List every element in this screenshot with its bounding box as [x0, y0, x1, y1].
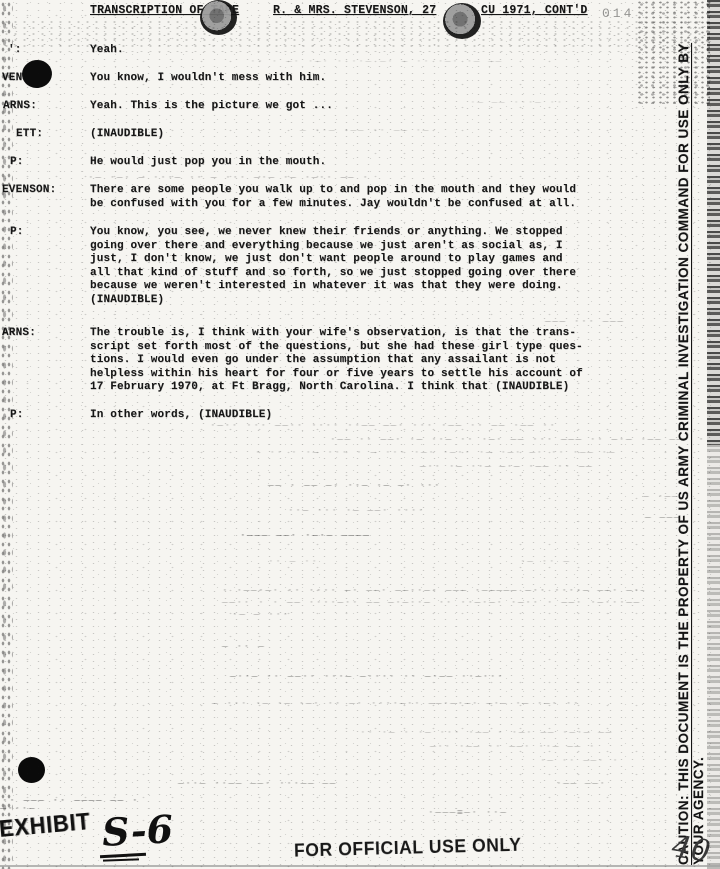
smudge-line: ·· · —· ·—· · ··– —· — ·· ·—· ·– —— [250, 57, 650, 66]
smudge-line: ·— – ··· [232, 610, 294, 619]
smudge-line: — ·· — [222, 642, 274, 651]
smudge-line: ·– —— ···– ·· [470, 98, 690, 107]
utterance-text: You know, I wouldn't mess with him. [90, 72, 596, 86]
smudge-line: ——·· · · —— ····—·· –– –·—··— ·· ··—·–· … [222, 598, 644, 607]
smudge-line: ·— ·–· — ···— ·· — ··· –·— ·– ·—·· —— · [88, 173, 578, 182]
header-title-right: CU 1971, CONT'D [481, 4, 588, 17]
page-mark: 014 [602, 6, 634, 21]
caution-sidebar-text: CAUTION: THIS DOCUMENT IS THE PROPERTY O… [676, 3, 706, 865]
header-title-mid: R. & MRS. STEVENSON, 27 [273, 4, 436, 17]
hole-punch-icon [200, 0, 237, 35]
speaker-label: EVENSON: [2, 184, 56, 196]
fouo-stamp: FOR OFFICIAL USE ONLY [294, 833, 522, 862]
speaker-label: P: [10, 226, 24, 238]
smudge-line: ·· ·— · ·– ··· ·—— · ·–· —— ·—·— —— [360, 728, 690, 737]
utterance-text: There are some people you walk up to and… [90, 184, 596, 211]
smudge-line: · ·· · ·— ··· · — ··· ·–· ·—·· ·– ·—· —·… [255, 448, 703, 457]
smudge-line: ·—·· ··· ——·· ···· ··—— ——· ··· ·—— ·· —… [210, 421, 660, 430]
scan-noise-left [0, 0, 13, 869]
bottom-rule [0, 865, 720, 867]
exhibit-number-underline [103, 858, 139, 861]
smudge-line: ·——— ——· ·—·— ———— [240, 531, 408, 540]
smudge-line: ——— ··· ——— [545, 317, 695, 326]
document-page: TRANSCRIPTION OF TAPE R. & MRS. STEVENSO… [0, 0, 720, 869]
smudge-line: ··– ··· ·– ——· ···· [288, 506, 450, 515]
smudge-line: —— · —— –· ··– ·— –· ··· [268, 481, 448, 490]
smudge-line: —·· ·– ··— –·– ·—— ·· —— [420, 462, 652, 471]
smudge-line: — ··– ·—— ·· —– ·— [300, 126, 640, 135]
speaker-label: P: [10, 156, 24, 168]
speaker-label: P: [10, 409, 24, 421]
speaker-label: ARNS: [3, 100, 37, 112]
scan-edge-band [707, 445, 720, 869]
smudge-line: —·· ·—— ·· ——· ··— —— · [430, 742, 692, 751]
smudge-line: ·–——≡—· ··— [428, 808, 550, 817]
utterance-text: You know, you see, we never knew their f… [90, 226, 596, 307]
smudge-line: · ·——·—· ·· ···· –· ——· ——··—· ——— ·––——… [222, 586, 644, 595]
exhibit-stamp: EXHIBIT [0, 808, 92, 844]
smudge-line: ·—— ·· ——· ·– ··— ·· ·–· —— ··· ——– ·· —… [330, 435, 702, 444]
hole-punch-icon [443, 3, 481, 39]
speaker-label: ARNS: [2, 327, 36, 339]
smudge-line: —··– ·· ——·· ···— –···· ·· –·—— ··—···— … [230, 672, 502, 681]
speaker-label: ': [8, 44, 22, 56]
smudge-line: —··— ··—— ——· ···—— —— [178, 779, 414, 788]
speaker-label: ETT: [16, 128, 43, 140]
ink-dot [18, 757, 45, 783]
utterance-text: He would just pop you in the mouth. [90, 156, 596, 170]
smudge-line: ·· — ·· [268, 557, 328, 566]
utterance-text: The trouble is, I think with your wife's… [90, 327, 596, 395]
ink-blob [20, 58, 54, 90]
smudge-line: ·—— ——· [556, 779, 652, 788]
smudge-line: ·– ·· — [520, 557, 605, 566]
exhibit-number: S-6 [101, 806, 174, 855]
smudge-line: — ··· ·— ·— ·–· ·· —· ····–·· ––·–·–· —·… [212, 699, 614, 708]
scan-edge-band [707, 0, 720, 445]
handwritten-page-number: 40 [669, 829, 712, 869]
utterance-text: Yeah. [90, 44, 596, 58]
smudge-line: ·· ·— · [430, 243, 670, 252]
